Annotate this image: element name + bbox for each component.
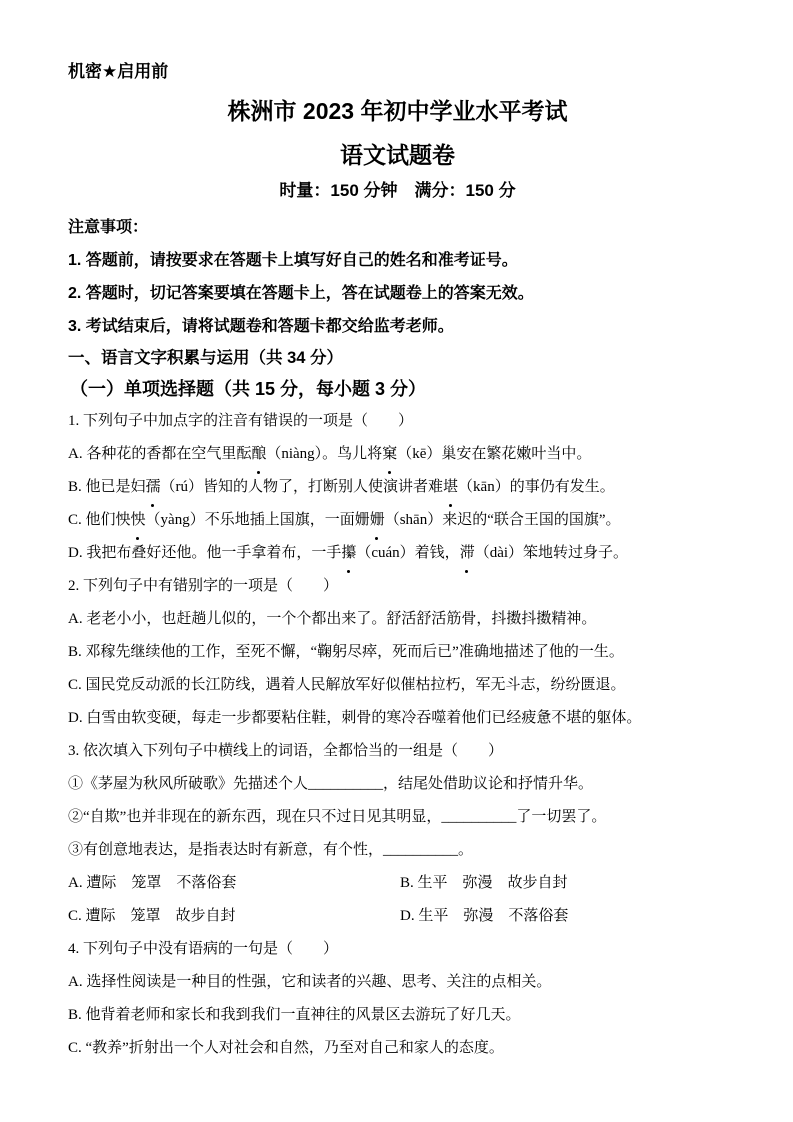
section-heading: 一、语言文字积累与运用（共 34 分）	[68, 343, 727, 373]
question-3-sentence-1: ①《茅屋为秋风所破歌》先描述个人__________，结尾处借助议论和抒情升华。	[68, 768, 727, 801]
question-3-option-b: B. 生平 弥漫 故步自封	[400, 867, 568, 900]
question-3-option-d: D. 生平 弥漫 不落俗套	[400, 900, 568, 933]
question-3-sentence-3: ③有创意地表达，是指表达时有新意，有个性，__________。	[68, 834, 727, 867]
question-1-option-b: B. 他已是妇孺（rú）皆知的人物了，打断别人使演讲者难堪（kān）的事仍有发生…	[68, 471, 727, 504]
question-1-stem: 1. 下列句子中加点字的注音有错误的一项是（ ）	[68, 405, 727, 438]
question-3-stem: 3. 依次填入下列句子中横线上的词语，全都恰当的一组是（ ）	[68, 735, 727, 768]
question-3-option-row-2: C. 遭际 笼罩 故步自封 D. 生平 弥漫 不落俗套	[68, 900, 727, 933]
question-2-stem: 2. 下列句子中有错别字的一项是（ ）	[68, 570, 727, 603]
question-2-option-d: D. 白雪由软变硬，每走一步都要粘住鞋，刺骨的寒冷吞噬着他们已经疲惫不堪的躯体。	[68, 702, 727, 735]
page-content: 机密★启用前 株洲市 2023 年初中学业水平考试 语文试题卷 时量：150 分…	[0, 0, 793, 1065]
question-3-option-a: A. 遭际 笼罩 不落俗套	[68, 867, 400, 900]
question-4-option-c: C. “教养”折射出一个人对社会和自然，乃至对自己和家人的态度。	[68, 1032, 727, 1065]
notices: 注意事项： 1. 答题前，请按要求在答题卡上填写好自己的姓名和准考证号。 2. …	[68, 211, 727, 343]
question-2-option-a: A. 老老小小，也赶趟儿似的，一个个都出来了。舒活舒活筋骨，抖擞抖擞精神。	[68, 603, 727, 636]
question-4-stem: 4. 下列句子中没有语病的一句是（ ）	[68, 933, 727, 966]
question-1-option-c: C. 他们怏怏（yàng）不乐地插上国旗，一面姗姗（shān）来迟的“联合王国的…	[68, 504, 727, 537]
notice-heading: 注意事项：	[68, 211, 727, 244]
subsection-heading: （一）单项选择题（共 15 分，每小题 3 分）	[70, 373, 727, 405]
paper-title: 语文试题卷	[68, 140, 727, 170]
notice-item-3: 3. 考试结束后，请将试题卷和答题卡都交给监考老师。	[68, 310, 727, 343]
question-4-option-b: B. 他背着老师和家长和我到我们一直神往的风景区去游玩了好几天。	[68, 999, 727, 1032]
question-3-option-row-1: A. 遭际 笼罩 不落俗套 B. 生平 弥漫 故步自封	[68, 867, 727, 900]
question-3-sentence-2: ②“自欺”也并非现在的新东西，现在只不过日见其明显，__________了一切罢…	[68, 801, 727, 834]
exam-title: 株洲市 2023 年初中学业水平考试	[68, 96, 727, 126]
question-1-option-d: D. 我把布叠好还他。他一手拿着布，一手攥（cuán）着钱，滞（dài）笨地转过…	[68, 537, 727, 570]
time-score-info: 时量：150 分钟 满分：150 分	[68, 179, 727, 203]
question-1-option-a: A. 各种花的香都在空气里酝酿（niàng）。鸟儿将窠（kē）巢安在繁花嫩叶当中…	[68, 438, 727, 471]
question-4-option-a: A. 选择性阅读是一种目的性强，它和读者的兴趣、思考、关注的点相关。	[68, 966, 727, 999]
question-2-option-b: B. 邓稼先继续他的工作，至死不懈，“鞠躬尽瘁，死而后已”准确地描述了他的一生。	[68, 636, 727, 669]
question-3-option-c: C. 遭际 笼罩 故步自封	[68, 900, 400, 933]
notice-item-1: 1. 答题前，请按要求在答题卡上填写好自己的姓名和准考证号。	[68, 244, 727, 277]
exam-paper-page: 机密★启用前 株洲市 2023 年初中学业水平考试 语文试题卷 时量：150 分…	[0, 0, 793, 1122]
question-2-option-c: C. 国民党反动派的长江防线，遇着人民解放军好似催枯拉朽，军无斗志，纷纷匮退。	[68, 669, 727, 702]
confidential-label: 机密★启用前	[68, 60, 727, 84]
notice-item-2: 2. 答题时，切记答案要填在答题卡上，答在试题卷上的答案无效。	[68, 277, 727, 310]
